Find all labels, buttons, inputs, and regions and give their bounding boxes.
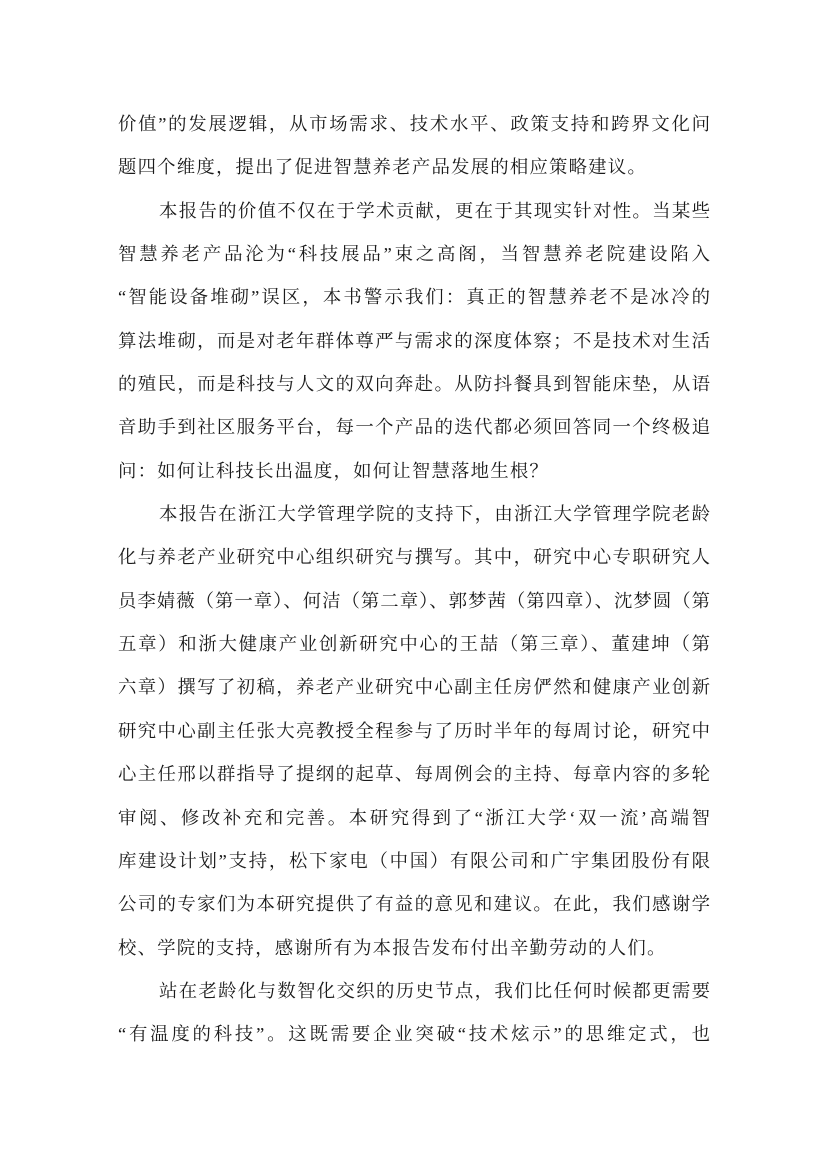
text-line: “有温度的科技”。这既需要企业突破“技术炫示”的思维定式，也 xyxy=(118,1013,710,1056)
text-line: 本报告在浙江大学管理学院的支持下，由浙江大学管理学院老龄 xyxy=(118,493,710,536)
text-line: “智能设备堆砌”误区，本书警示我们：真正的智慧养老不是冰冷的 xyxy=(118,276,710,319)
text-line: 心主任邢以群指导了提纲的起草、每周例会的主持、每章内容的多轮 xyxy=(118,753,710,796)
text-line: 审阅、修改补充和完善。本研究得到了“浙江大学‘双一流’高端智 xyxy=(118,797,710,840)
text-line: 站在老龄化与数智化交织的历史节点，我们比任何时候都更需要 xyxy=(118,970,710,1013)
text-line: 员李婧薇（第一章）、何洁（第二章）、郭梦茜（第四章）、沈梦圆（第 xyxy=(118,580,710,623)
text-line: 校、学院的支持，感谢所有为本报告发布付出辛勤劳动的人们。 xyxy=(118,927,710,970)
text-line: 算法堆砌，而是对老年群体尊严与需求的深度体察；不是技术对生活 xyxy=(118,320,710,363)
text-line: 智慧养老产品沦为“科技展品”束之高阁，当智慧养老院建设陷入 xyxy=(118,233,710,276)
text-line: 的殖民，而是科技与人文的双向奔赴。从防抖餐具到智能床垫，从语 xyxy=(118,363,710,406)
text-line: 题四个维度，提出了促进智慧养老产品发展的相应策略建议。 xyxy=(118,146,710,189)
text-line: 六章）撰写了初稿，养老产业研究中心副主任房俨然和健康产业创新 xyxy=(118,666,710,709)
text-line: 公司的专家们为本研究提供了有益的意见和建议。在此，我们感谢学 xyxy=(118,883,710,926)
text-line: 本报告的价值不仅在于学术贡献，更在于其现实针对性。当某些 xyxy=(118,190,710,233)
document-page: 价值”的发展逻辑，从市场需求、技术水平、政策支持和跨界文化问 题四个维度，提出了… xyxy=(0,0,827,1169)
text-line: 五章）和浙大健康产业创新研究中心的王喆（第三章）、董建坤（第 xyxy=(118,623,710,666)
text-block: 价值”的发展逻辑，从市场需求、技术水平、政策支持和跨界文化问 题四个维度，提出了… xyxy=(118,103,710,1057)
text-line: 化与养老产业研究中心组织研究与撰写。其中，研究中心专职研究人 xyxy=(118,536,710,579)
text-line: 音助手到社区服务平台，每一个产品的迭代都必须回答同一个终极追 xyxy=(118,406,710,449)
text-line: 价值”的发展逻辑，从市场需求、技术水平、政策支持和跨界文化问 xyxy=(118,103,710,146)
text-line: 问：如何让科技长出温度，如何让智慧落地生根？ xyxy=(118,450,710,493)
text-line: 研究中心副主任张大亮教授全程参与了历时半年的每周讨论，研究中 xyxy=(118,710,710,753)
text-line: 库建设计划”支持，松下家电（中国）有限公司和广宇集团股份有限 xyxy=(118,840,710,883)
